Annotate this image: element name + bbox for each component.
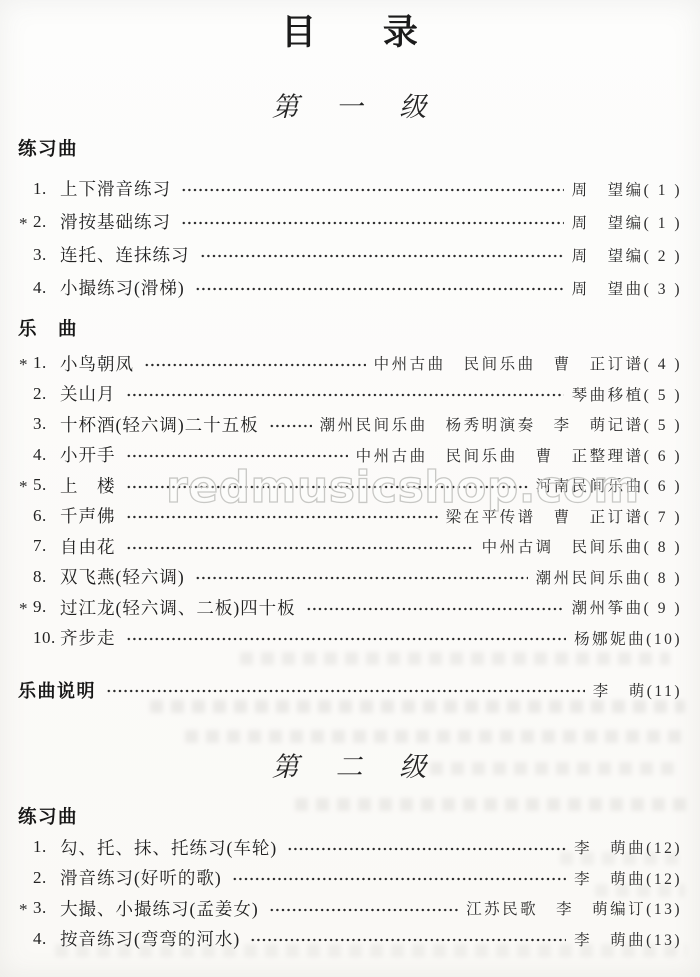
toc-item: 4. 按音练习(弯弯的河水) 李 萌曲(13) [0, 924, 700, 955]
toc-item: 1. 勾、托、抹、托练习(车轮) 李 萌曲(12) [0, 832, 700, 863]
level-2-heading: 第 二 级 [0, 750, 700, 784]
leader-dots [250, 934, 566, 946]
item-attribution: 周 望编( 2 ) [572, 244, 682, 266]
toc-item: 1. 上下滑音练习 周 望编( 1 ) [0, 172, 700, 205]
leader-dots [181, 217, 564, 229]
leader-dots [126, 481, 528, 493]
etudes-2-list: 1. 勾、托、抹、托练习(车轮) 李 萌曲(12) 2. 滑音练习(好听的歌) … [0, 832, 700, 954]
item-number: 2. [33, 868, 60, 888]
leader-dots [195, 572, 528, 584]
toc-item: * 3. 大撮、小撮练习(孟姜女) 江苏民歌 李 萌编订(13) [0, 893, 700, 924]
item-attribution: 李 萌曲(12) [574, 867, 682, 889]
item-title: 千声佛 [60, 503, 116, 528]
section-header-pieces: 乐 曲 [0, 316, 700, 342]
item-number: 4. [33, 929, 60, 949]
item-attribution: 李 萌曲(12) [574, 836, 682, 858]
leader-dots [287, 843, 566, 855]
item-attribution: 潮州民间乐曲( 8 ) [536, 566, 682, 588]
item-attribution: 杨娜妮曲(10) [574, 627, 682, 649]
item-number: 2. [33, 212, 60, 232]
toc-item: 6. 千声佛 梁在平传谱 曹 正订谱( 7 ) [0, 501, 700, 532]
star-marker: * [19, 355, 33, 375]
page-title: 目 录 [0, 0, 700, 54]
item-number: 3. [33, 414, 60, 434]
leader-dots [126, 633, 567, 645]
leader-dots [126, 542, 474, 554]
toc-item: * 5. 上 楼 河南民间乐曲( 6 ) [0, 470, 700, 501]
item-attribution: 周 望编( 1 ) [572, 178, 682, 200]
item-title: 小撮练习(滑梯) [60, 275, 185, 300]
item-title: 上 楼 [60, 473, 116, 498]
item-title: 小鸟朝凤 [60, 351, 134, 376]
toc-item: 2. 关山月 琴曲移植( 5 ) [0, 379, 700, 410]
item-number: 9. [33, 597, 60, 617]
item-attribution: 琴曲移植( 5 ) [572, 383, 682, 405]
item-attribution: 中州古曲 民间乐曲 曹 正整理谱( 6 ) [356, 444, 682, 466]
item-attribution: 中州古调 民间乐曲( 8 ) [482, 535, 682, 557]
section-header-etudes-2: 练习曲 [0, 804, 700, 830]
item-attribution: 江苏民歌 李 萌编订(13) [466, 897, 682, 919]
leader-dots [126, 389, 564, 401]
item-title: 上下滑音练习 [60, 176, 171, 201]
toc-item: 4. 小开手 中州古曲 民间乐曲 曹 正整理谱( 6 ) [0, 440, 700, 471]
leader-dots [126, 511, 438, 523]
item-attribution: 潮州筝曲( 9 ) [572, 596, 682, 618]
item-number: 4. [33, 445, 60, 465]
leader-dots [181, 184, 564, 196]
toc-item: * 2. 滑按基础练习 周 望编( 1 ) [0, 205, 700, 238]
item-title: 滑音练习(好听的歌) [60, 865, 222, 890]
pieces-list: * 1. 小鸟朝凤 中州古曲 民间乐曲 曹 正订谱( 4 ) 2. 关山月 琴曲… [0, 348, 700, 653]
toc-item: 10. 齐步走 杨娜妮曲(10) [0, 623, 700, 654]
leader-dots [269, 420, 312, 432]
item-attribution: 河南民间乐曲( 6 ) [536, 474, 682, 496]
item-number: 3. [33, 245, 60, 265]
item-number: 1. [33, 837, 60, 857]
star-marker: * [19, 599, 33, 619]
toc-item: 4. 小撮练习(滑梯) 周 望曲( 3 ) [0, 271, 700, 304]
item-title: 按音练习(弯弯的河水) [60, 926, 240, 951]
item-number: 4. [33, 278, 60, 298]
item-title: 双飞燕(轻六调) [60, 564, 185, 589]
toc-item: 2. 滑音练习(好听的歌) 李 萌曲(12) [0, 863, 700, 894]
toc-item: 7. 自由花 中州古调 民间乐曲( 8 ) [0, 531, 700, 562]
star-marker: * [19, 477, 33, 497]
item-number: 6. [33, 506, 60, 526]
notes-attribution: 李 萌(11) [593, 679, 682, 701]
leader-dots [269, 904, 459, 916]
item-number: 10. [33, 628, 60, 648]
leader-dots [195, 283, 564, 295]
leader-dots [232, 873, 567, 885]
item-title: 滑按基础练习 [60, 209, 171, 234]
item-number: 2. [33, 384, 60, 404]
toc-page: 目 录 第 一 级 练习曲 1. 上下滑音练习 周 望编( 1 ) * 2. 滑… [0, 0, 700, 977]
star-marker: * [19, 900, 33, 920]
item-attribution: 梁在平传谱 曹 正订谱( 7 ) [446, 505, 682, 527]
leader-dots [126, 450, 348, 462]
item-attribution: 周 望曲( 3 ) [572, 277, 682, 299]
item-attribution: 中州古曲 民间乐曲 曹 正订谱( 4 ) [374, 352, 682, 374]
item-attribution: 潮州民间乐曲 杨秀明演奏 李 萌记谱( 5 ) [320, 413, 682, 435]
leader-dots [106, 685, 585, 697]
item-title: 小开手 [60, 442, 116, 467]
item-number: 3. [33, 898, 60, 918]
level-1-heading: 第 一 级 [0, 90, 700, 124]
item-title: 自由花 [60, 534, 116, 559]
notes-label: 乐曲说明 [18, 677, 96, 703]
item-number: 8. [33, 567, 60, 587]
item-attribution: 周 望编( 1 ) [572, 211, 682, 233]
item-number: 7. [33, 536, 60, 556]
section-header-etudes-1: 练习曲 [0, 136, 700, 162]
toc-item: 8. 双飞燕(轻六调) 潮州民间乐曲( 8 ) [0, 562, 700, 593]
item-number: 1. [33, 179, 60, 199]
leader-dots [306, 603, 564, 615]
item-number: 1. [33, 353, 60, 373]
item-number: 5. [33, 475, 60, 495]
toc-item: 3. 十杯酒(轻六调)二十五板 潮州民间乐曲 杨秀明演奏 李 萌记谱( 5 ) [0, 409, 700, 440]
item-title: 勾、托、抹、托练习(车轮) [60, 835, 277, 860]
item-title: 连托、连抹练习 [60, 242, 190, 267]
item-title: 十杯酒(轻六调)二十五板 [60, 412, 259, 437]
leader-dots [200, 250, 564, 262]
item-title: 大撮、小撮练习(孟姜女) [60, 896, 259, 921]
item-title: 齐步走 [60, 625, 116, 650]
notes-entry: 乐曲说明 李 萌(11) [0, 673, 700, 706]
toc-item: 3. 连托、连抹练习 周 望编( 2 ) [0, 238, 700, 271]
leader-dots [144, 359, 366, 371]
item-title: 过江龙(轻六调、二板)四十板 [60, 595, 296, 620]
etudes-1-list: 1. 上下滑音练习 周 望编( 1 ) * 2. 滑按基础练习 周 望编( 1 … [0, 172, 700, 304]
bleedthrough-smudge [240, 652, 670, 665]
item-attribution: 李 萌曲(13) [574, 928, 682, 950]
item-title: 关山月 [60, 381, 116, 406]
star-marker: * [19, 214, 33, 234]
bleedthrough-smudge [185, 730, 685, 743]
toc-item: * 1. 小鸟朝凤 中州古曲 民间乐曲 曹 正订谱( 4 ) [0, 348, 700, 379]
toc-item: * 9. 过江龙(轻六调、二板)四十板 潮州筝曲( 9 ) [0, 592, 700, 623]
